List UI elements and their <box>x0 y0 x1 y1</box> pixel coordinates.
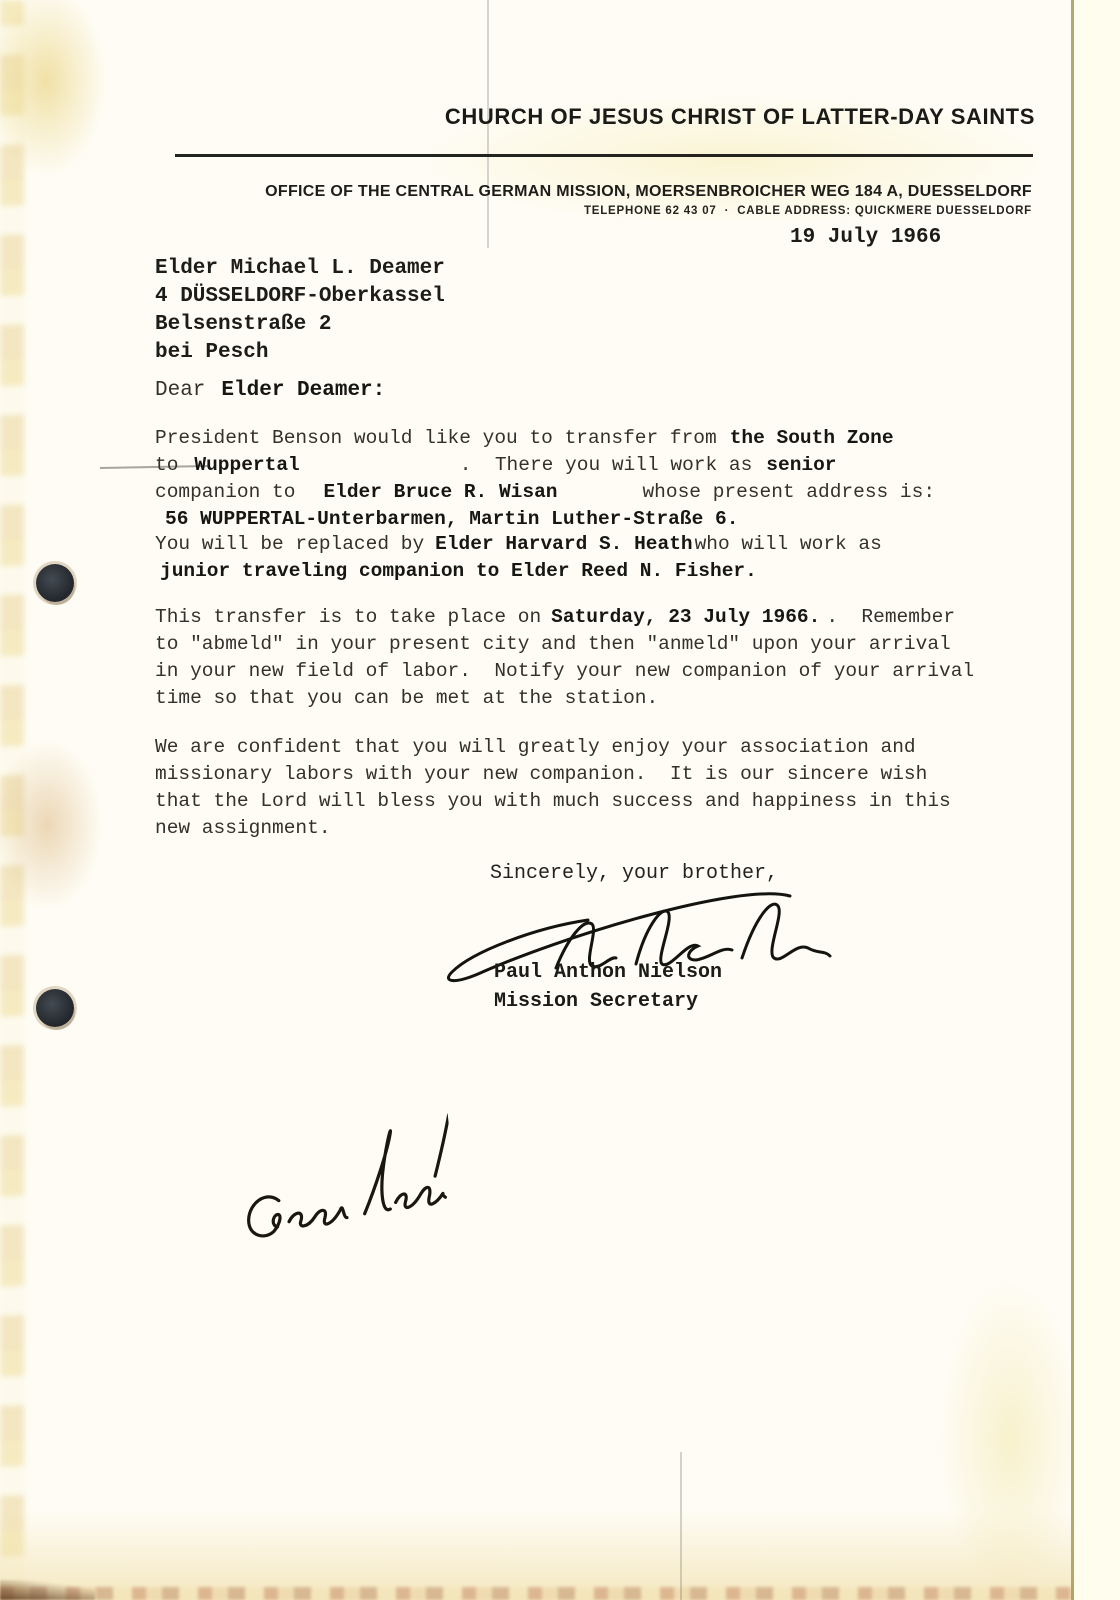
form-text: You will be replaced by <box>155 533 424 555</box>
body-line: in your new field of labor. Notify your … <box>155 658 974 685</box>
bottom-edge-mottle <box>0 1587 1120 1600</box>
body-line: We are confident that you will greatly e… <box>155 734 916 761</box>
salutation-typed-name: Elder Deamer: <box>221 379 385 402</box>
body-line: junior traveling companion to Elder Reed… <box>160 558 757 585</box>
body-line: missionary labors with your new companio… <box>155 761 927 788</box>
right-margin-area <box>1074 0 1120 1600</box>
bottom-fold-crease <box>680 1452 682 1600</box>
typed-text: Elder Harvard S. Heath <box>435 533 692 555</box>
form-text: who will work as <box>695 533 882 555</box>
form-text: . There you will work as <box>460 454 753 476</box>
form-text: . Remember <box>826 606 955 628</box>
right-page-edge-line <box>1071 0 1074 1600</box>
signer-name: Paul Anthon Nielson <box>494 961 722 984</box>
bottom-right-stain <box>940 1280 1080 1600</box>
recipient-city: 4 DÜSSELDORF-Oberkassel <box>155 283 445 310</box>
body-line: President Benson would like you to trans… <box>155 425 894 452</box>
letterhead-church-name: CHURCH OF JESUS CHRIST OF LATTER-DAY SAI… <box>445 104 1035 130</box>
form-text: This transfer is to take place on <box>155 606 541 628</box>
bottom-stain <box>0 1510 1120 1600</box>
left-edge-stain <box>0 0 24 1600</box>
body-line: time so that you can be met at the stati… <box>155 685 658 712</box>
letter-date: 19 July 1966 <box>790 226 941 249</box>
top-left-stain <box>0 0 106 176</box>
mid-left-stain <box>0 740 102 910</box>
typed-text: Elder Bruce R. Wisan <box>323 481 557 503</box>
body-line: companion toElder Bruce R. Wisanwhose pr… <box>155 479 935 506</box>
body-line: that the Lord will bless you with much s… <box>155 788 951 815</box>
body-line: to "abmeld" in your present city and the… <box>155 631 951 658</box>
form-text: new assignment. <box>155 817 331 839</box>
typed-text: Saturday, 23 July 1966. <box>551 606 820 628</box>
letterhead-contact-line: TELEPHONE 62 43 07 · CABLE ADDRESS: QUIC… <box>584 205 1032 217</box>
form-text: whose present address is: <box>642 481 935 503</box>
typed-text: Wuppertal <box>194 454 299 476</box>
form-text: in your new field of labor. Notify your … <box>155 660 974 682</box>
typed-text: the South Zone <box>730 427 894 449</box>
typed-text: 56 WUPPERTAL-Unterbarmen, Martin Luther-… <box>165 508 738 530</box>
typed-text: junior traveling companion to Elder Reed… <box>160 560 757 582</box>
body-line: This transfer is to take place onSaturda… <box>155 604 955 631</box>
scanned-letter-page: CHURCH OF JESUS CHRIST OF LATTER-DAY SAI… <box>0 0 1120 1600</box>
bottom-left-dark-wedge <box>0 1580 95 1600</box>
form-text: President Benson would like you to trans… <box>155 427 717 449</box>
salutation-form-text: Dear <box>155 379 205 402</box>
body-line: 56 WUPPERTAL-Unterbarmen, Martin Luther-… <box>165 506 738 533</box>
form-text: to "abmeld" in your present city and the… <box>155 633 951 655</box>
form-text: We are confident that you will greatly e… <box>155 736 916 758</box>
letterhead-office-address: OFFICE OF THE CENTRAL GERMAN MISSION, MO… <box>265 183 1032 201</box>
salutation: DearElder Deamer: <box>155 377 385 404</box>
typed-text: senior <box>766 454 836 476</box>
form-text: missionary labors with your new companio… <box>155 763 927 785</box>
body-line: You will be replaced byElder Harvard S. … <box>155 531 882 558</box>
hole-punch-bottom <box>36 989 74 1027</box>
form-text: that the Lord will bless you with much s… <box>155 790 951 812</box>
recipient-co-line: bei Pesch <box>155 339 268 366</box>
body-line: new assignment. <box>155 815 331 842</box>
form-text: companion to <box>155 481 295 503</box>
letterhead-rule <box>175 154 1033 157</box>
hole-punch-top <box>36 564 74 602</box>
handwritten-note <box>221 1087 460 1255</box>
recipient-name: Elder Michael L. Deamer <box>155 255 445 282</box>
recipient-street: Belsenstraße 2 <box>155 311 331 338</box>
form-text: time so that you can be met at the stati… <box>155 687 658 709</box>
body-line: toWuppertal. There you will work assenio… <box>155 452 837 479</box>
form-text: to <box>155 454 178 476</box>
signer-title: Mission Secretary <box>494 990 698 1013</box>
